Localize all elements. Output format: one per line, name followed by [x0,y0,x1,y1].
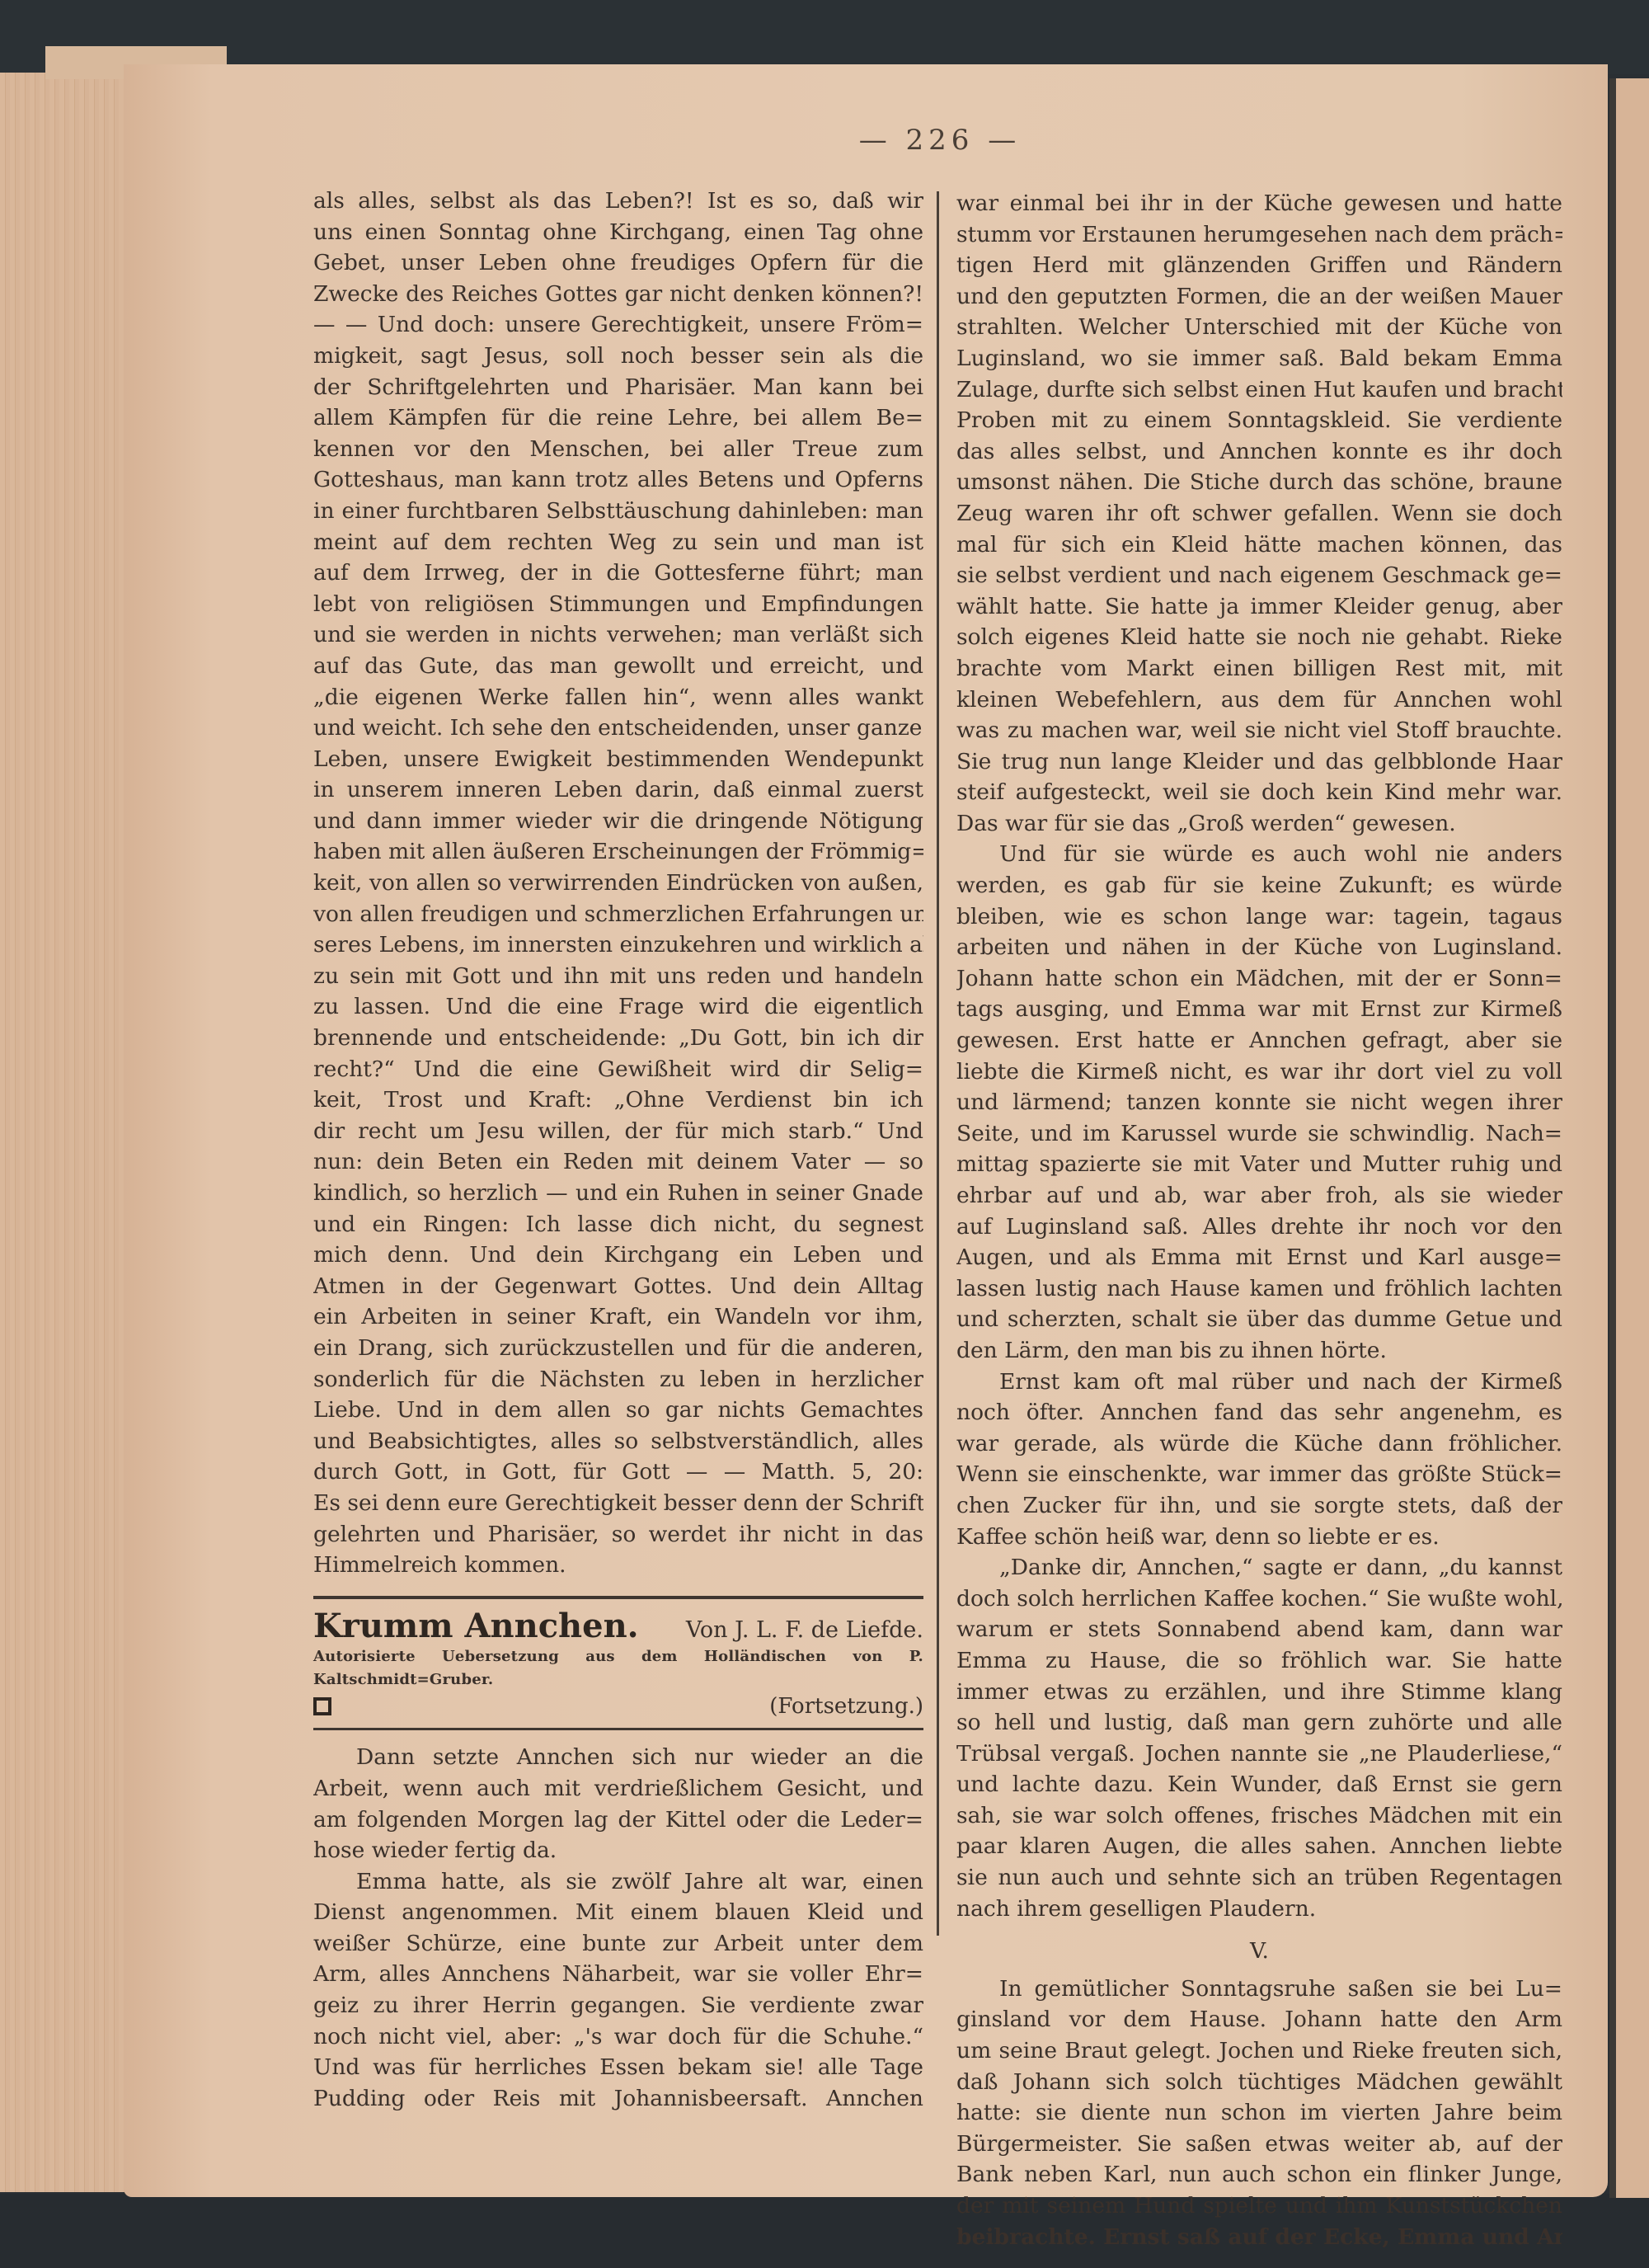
text-line: Atmen in der Gegenwart Gottes. Und dein … [313,1271,923,1302]
text-line: arbeiten und nähen in der Küche von Lugi… [956,932,1562,963]
text-line: ein Drang, sich zurückzustellen und für … [313,1333,923,1364]
text-line: lebt von religiösen Stimmungen und Empfi… [313,589,923,620]
text-line: Zulage, durfte sich selbst einen Hut kau… [956,374,1562,406]
text-line: beibrachte. Ernst saß auf der Ecke, Emma… [956,2222,1562,2253]
story-paragraph-e: In gemütlicher Sonntagsruhe saßen sie be… [956,1974,1562,2252]
story-subtitle: Autorisierte Uebersetzung aus dem Hollän… [313,1645,923,1692]
text-line: von allen freudigen und schmerzlichen Er… [313,899,923,930]
box-ornament-icon [313,1697,331,1715]
text-line: was zu machen war, weil sie nicht viel S… [956,715,1562,746]
text-line: am folgenden Morgen lag der Kittel oder … [313,1805,923,1836]
text-line: dir recht um Jesu willen, der für mich s… [313,1116,923,1147]
text-line: lassen lustig nach Hause kamen und fröhl… [956,1273,1562,1305]
text-line: kennen vor den Menschen, bei aller Treue… [313,434,923,465]
text-line: in einer furchtbaren Selbsttäuschung dah… [313,496,923,527]
text-line: mal für sich ein Kleid hätte machen könn… [956,529,1562,561]
text-line: hose wieder fertig da. [313,1835,923,1866]
text-line: zu lassen. Und die eine Frage wird die e… [313,991,923,1023]
text-line: Dienst angenommen. Mit einem blauen Klei… [313,1897,923,1928]
text-line: war gerade, als würde die Küche dann frö… [956,1428,1562,1460]
text-line: sah, sie war solch offenes, frisches Mäd… [956,1800,1562,1832]
text-line: Seite, und im Karussel wurde sie schwind… [956,1118,1562,1150]
text-line: Gotteshaus, man kann trotz alles Betens … [313,464,923,496]
text-line: nach ihrem geselligen Plaudern. [956,1894,1562,1925]
page-stack-edge [0,73,132,2192]
text-line: Ernst kam oft mal rüber und nach der Kir… [956,1367,1562,1398]
text-line: noch öfter. Annchen fand das sehr angene… [956,1397,1562,1428]
text-line: Sie trug nun lange Kleider und das gelbb… [956,746,1562,778]
text-line: als alles, selbst als das Leben?! Ist es… [313,186,923,217]
right-column: war einmal bei ihr in der Küche gewesen … [956,188,1562,2252]
text-line: und lärmend; tanzen konnte sie nicht weg… [956,1087,1562,1118]
text-line: auf Luginsland saß. Alles drehte ihr noc… [956,1212,1562,1243]
text-line: Augen, und als Emma mit Ernst und Karl a… [956,1242,1562,1273]
text-line: Arm, alles Annchens Näharbeit, war sie v… [313,1959,923,1990]
text-line: nun: dein Beten ein Reden mit deinem Vat… [313,1146,923,1178]
text-line: so hell und lustig, daß man gern zuhörte… [956,1707,1562,1739]
text-line: ehrbar auf und ab, war aber froh, als si… [956,1180,1562,1212]
text-line: der Schriftgelehrten und Pharisäer. Man … [313,372,923,403]
text-line: Kaffee schön heiß war, denn so liebte er… [956,1522,1562,1553]
text-line: wählt hatte. Sie hatte ja immer Kleider … [956,591,1562,623]
text-line: chen Zucker für ihn, und sie sorgte stet… [956,1490,1562,1522]
story-title: Krumm Annchen. [313,1611,639,1642]
column-divider [937,191,939,1936]
text-line: Es sei denn eure Gerechtigkeit besser de… [313,1488,923,1519]
text-line: allem Kämpfen für die reine Lehre, bei a… [313,402,923,434]
text-line: gelehrten und Pharisäer, so werdet ihr n… [313,1519,923,1550]
text-line: Trübsal vergaß. Jochen nannte sie „ne Pl… [956,1739,1562,1770]
text-line: mittag spazierte sie mit Vater und Mutte… [956,1149,1562,1180]
header-divider [313,1728,923,1730]
essay-text: als alles, selbst als das Leben?! Ist es… [313,186,923,1581]
text-line: hatte: sie diente nun schon im vierten J… [956,2097,1562,2129]
text-line: recht?“ Und die eine Gewißheit wird dir … [313,1054,923,1085]
text-line: Himmelreich kommen. [313,1550,923,1581]
text-line: Liebe. Und in dem allen so gar nichts Ge… [313,1395,923,1426]
text-line: solch eigenes Kleid hatte sie noch nie g… [956,622,1562,653]
text-line: haben mit allen äußeren Erscheinungen de… [313,836,923,868]
text-line: doch solch herrlichen Kaffee kochen.“ Si… [956,1583,1562,1615]
text-line: keit, Trost und Kraft: „Ohne Verdienst b… [313,1085,923,1116]
text-line: Und was für herrliches Essen bekam sie! … [313,2052,923,2083]
text-line: Das war für sie das „Groß werden“ gewese… [956,808,1562,840]
text-line: kindlich, so herzlich — und ein Ruhen in… [313,1178,923,1209]
text-line: steif aufgesteckt, weil sie doch kein Ki… [956,777,1562,808]
text-line: Wenn sie einschenkte, war immer das größ… [956,1459,1562,1490]
story-paragraph-c: Ernst kam oft mal rüber und nach der Kir… [956,1367,1562,1553]
text-line: und den geputzten Formen, die an der wei… [956,281,1562,313]
text-line: umsonst nähen. Die Stiche durch das schö… [956,467,1562,498]
story-continuation: (Fortsetzung.) [769,1692,923,1721]
text-line: Emma zu Hause, die so fröhlich war. Sie … [956,1645,1562,1677]
text-line: und sie werden in nichts verwehen; man v… [313,619,923,651]
left-column: als alles, selbst als das Leben?! Ist es… [313,186,923,2114]
text-line: warum er stets Sonnabend abend kam, dann… [956,1614,1562,1645]
text-line: und scherzten, schalt sie über das dumme… [956,1304,1562,1335]
text-line: durch Gott, in Gott, für Gott — — Matth.… [313,1456,923,1488]
story-paragraph-a: war einmal bei ihr in der Küche gewesen … [956,188,1562,839]
text-line: paar klaren Augen, die alles sahen. Annc… [956,1831,1562,1862]
story-header: Krumm Annchen. Von J. L. F. de Liefde. A… [313,1611,923,1722]
text-line: „die eigenen Werke fallen hin“, wenn all… [313,682,923,713]
next-page-edge [1609,78,1649,2198]
story-author: Von J. L. F. de Liefde. [686,1615,923,1646]
text-line: uns einen Sonntag ohne Kirchgang, einen … [313,217,923,248]
text-line: „Danke dir, Annchen,“ sagte er dann, „du… [956,1552,1562,1583]
text-line: das alles selbst, und Annchen konnte es … [956,436,1562,468]
text-line: der mit seinem Hund spielte und ihm Kuns… [956,2190,1562,2222]
book-cover-top [0,0,1649,74]
text-line: Dann setzte Annchen sich nur wieder an d… [313,1742,923,1773]
text-line: sie selbst verdient und nach eigenem Ges… [956,560,1562,591]
text-line: weißer Schürze, eine bunte zur Arbeit un… [313,1928,923,1960]
text-line: Arbeit, wenn auch mit verdrießlichem Ges… [313,1773,923,1805]
text-line: sonderlich für die Nächsten zu leben in … [313,1364,923,1395]
text-line: Bürgermeister. Sie saßen etwas weiter ab… [956,2129,1562,2160]
story-paragraph-b: Und für sie würde es auch wohl nie ander… [956,839,1562,1366]
text-line: In gemütlicher Sonntagsruhe saßen sie be… [956,1974,1562,2005]
text-line: bleiben, wie es schon lange war: tagein,… [956,901,1562,933]
text-line: Proben mit zu einem Sonntagskleid. Sie v… [956,405,1562,436]
text-line: brennende und entscheidende: „Du Gott, b… [313,1023,923,1054]
text-line: stumm vor Erstaunen herumgesehen nach de… [956,219,1562,251]
text-line: und Beabsichtigtes, alles so selbstverst… [313,1426,923,1457]
text-line: Pudding oder Reis mit Johannisbeersaft. … [313,2083,923,2115]
story-paragraph-d: „Danke dir, Annchen,“ sagte er dann, „du… [956,1552,1562,1924]
text-line: ein Arbeiten in seiner Kraft, ein Wandel… [313,1301,923,1333]
text-line: tags ausging, und Emma war mit Ernst zur… [956,994,1562,1025]
text-line: und ein Ringen: Ich lasse dich nicht, du… [313,1209,923,1240]
text-line: war einmal bei ihr in der Küche gewesen … [956,188,1562,219]
text-line: immer etwas zu erzählen, und ihre Stimme… [956,1677,1562,1708]
text-line: den Lärm, den man bis zu ihnen hörte. [956,1335,1562,1367]
text-line: werden, es gab für sie keine Zukunft; es… [956,870,1562,901]
text-line: in unserem inneren Leben darin, daß einm… [313,774,923,806]
text-line: und lachte dazu. Kein Wunder, daß Ernst … [956,1769,1562,1800]
text-line: Leben, unsere Ewigkeit bestimmenden Wend… [313,744,923,775]
section-divider [313,1596,923,1599]
text-line: sie nun auch und sehnte sich an trüben R… [956,1862,1562,1894]
text-line: Johann hatte schon ein Mädchen, mit der … [956,963,1562,995]
text-line: um seine Braut gelegt. Jochen und Rieke … [956,2035,1562,2067]
text-line: Luginsland, wo sie immer saß. Bald bekam… [956,343,1562,374]
text-line: und weicht. Ich sehe den entscheidenden,… [313,713,923,744]
text-line: mich denn. Und dein Kirchgang ein Leben … [313,1240,923,1271]
text-line: Zeug waren ihr oft schwer gefallen. Wenn… [956,498,1562,529]
text-line: kleinen Webefehlern, aus dem für Annchen… [956,685,1562,716]
text-line: auf dem Irrweg, der in die Gottesferne f… [313,558,923,589]
text-line: keit, von allen so verwirrenden Eindrück… [313,868,923,899]
text-line: liebte die Kirmeß nicht, es war ihr dort… [956,1056,1562,1088]
text-line: Zwecke des Reiches Gottes gar nicht denk… [313,279,923,310]
text-line: gewesen. Erst hatte er Annchen gefragt, … [956,1025,1562,1056]
page-number: — 226 — [857,124,1022,157]
text-line: Gebet, unser Leben ohne freudiges Opfern… [313,247,923,279]
text-line: Bank neben Karl, nun auch schon ein flin… [956,2159,1562,2190]
text-line: migkeit, sagt Jesus, soll noch besser se… [313,341,923,372]
text-line: zu sein mit Gott und ihn mit uns reden u… [313,961,923,992]
text-line: ginsland vor dem Hause. Johann hatte den… [956,2004,1562,2035]
text-line: daß Johann sich solch tüchtiges Mädchen … [956,2067,1562,2098]
text-line: geiz zu ihrer Herrin gegangen. Sie verdi… [313,1990,923,2021]
text-line: brachte vom Markt einen billigen Rest mi… [956,653,1562,685]
story-text: Dann setzte Annchen sich nur wieder an d… [313,1742,923,2114]
text-line: Und für sie würde es auch wohl nie ander… [956,839,1562,870]
text-line: noch nicht viel, aber: „'s war doch für … [313,2021,923,2053]
text-line: strahlten. Welcher Unterschied mit der K… [956,312,1562,343]
text-line: Emma hatte, als sie zwölf Jahre alt war,… [313,1866,923,1898]
text-line: tigen Herd mit glänzenden Griffen und Rä… [956,250,1562,281]
chapter-heading: V. [956,1936,1562,1967]
text-line: meint auf dem rechten Weg zu sein und ma… [313,527,923,558]
text-line: seres Lebens, im innersten einzukehren u… [313,929,923,961]
text-line: und dann immer wieder wir die dringende … [313,806,923,837]
text-line: — — Und doch: unsere Gerechtigkeit, unse… [313,309,923,341]
text-line: auf das Gute, das man gewollt und erreic… [313,651,923,682]
